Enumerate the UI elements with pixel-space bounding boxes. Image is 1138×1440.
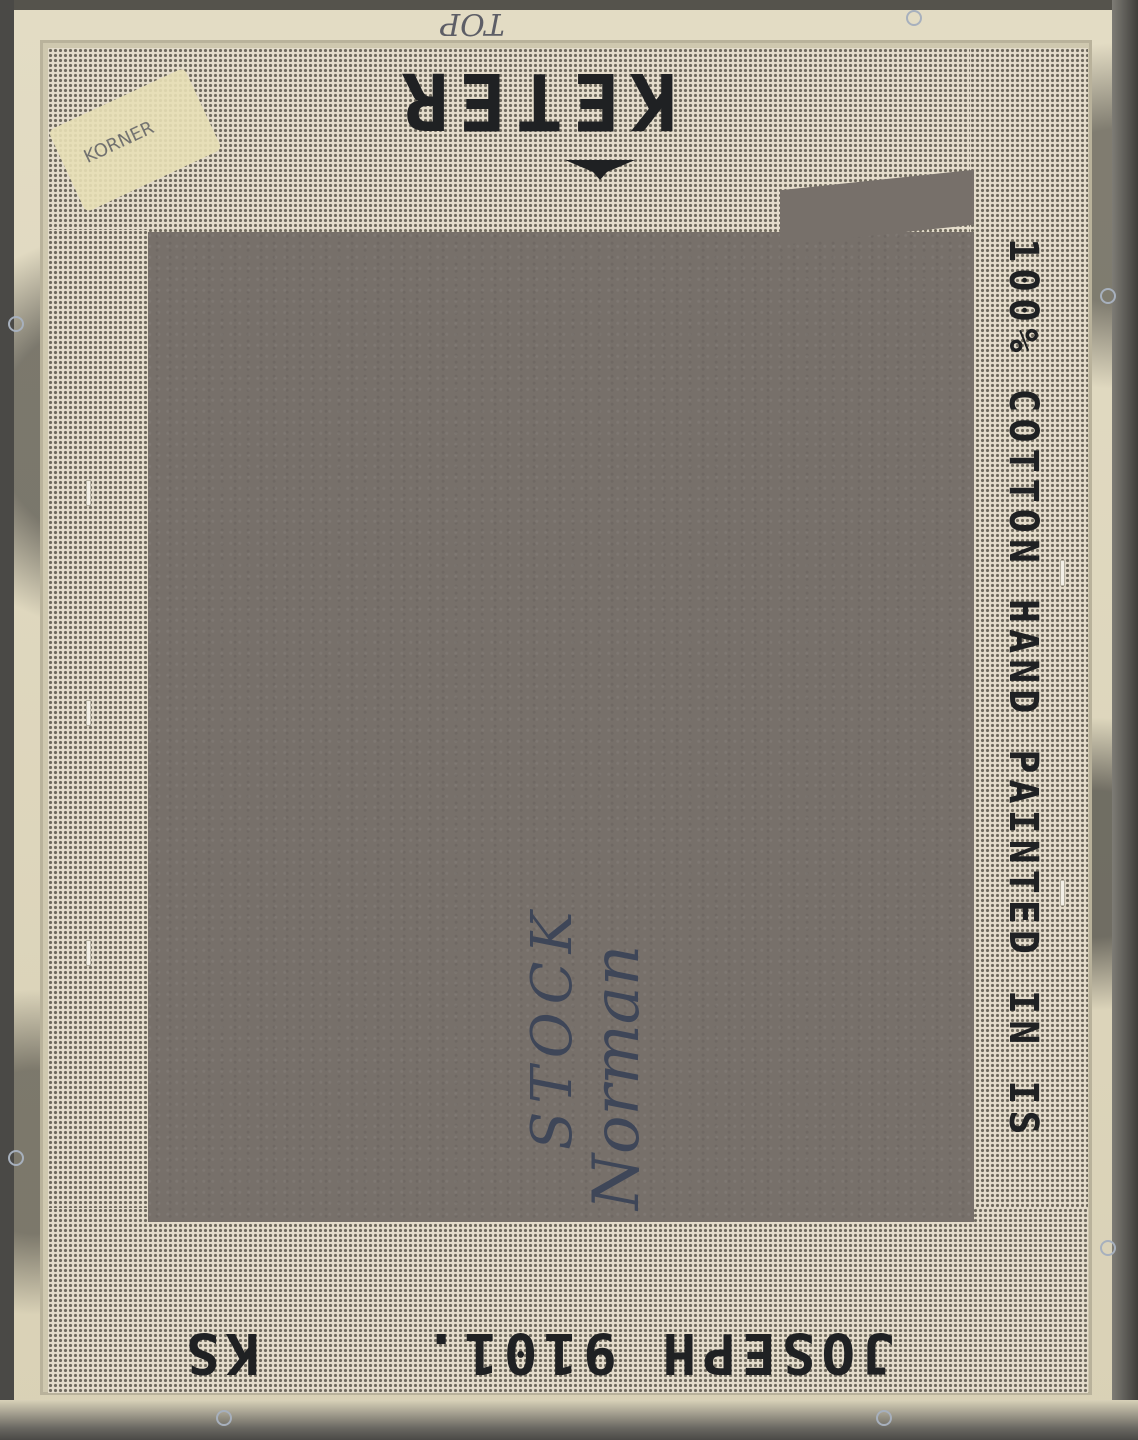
selvage-brand-text: KETER xyxy=(392,55,677,145)
screw-eye-icon xyxy=(1100,288,1116,304)
selvage-design-text: JOSEPH 9101. KS xyxy=(180,1320,895,1385)
frame-bottom-edge xyxy=(0,1400,1138,1440)
staple-icon xyxy=(86,940,91,966)
signature-last-name: STOCK xyxy=(520,904,585,1150)
screw-eye-icon xyxy=(1100,1240,1116,1256)
top-handwritten-note: TOP xyxy=(440,6,505,41)
screw-eye-icon xyxy=(906,10,922,26)
paper-label-text: KORNER xyxy=(81,117,158,168)
screw-eye-icon xyxy=(876,1410,892,1426)
signature-first-name: Norman xyxy=(580,945,654,1210)
screw-eye-icon xyxy=(216,1410,232,1426)
staple-icon xyxy=(86,480,91,506)
selvage-material-text: 100% COTTON HAND PAINTED IN IS xyxy=(1000,238,1046,1140)
screw-eye-icon xyxy=(8,316,24,332)
frame-left-edge xyxy=(0,0,14,1440)
handwritten-signature: Norman STOCK xyxy=(360,900,800,1100)
staple-icon xyxy=(1060,880,1065,906)
screw-eye-icon xyxy=(8,1150,24,1166)
frame-top-edge xyxy=(0,0,1138,10)
staple-icon xyxy=(86,700,91,726)
staple-icon xyxy=(1060,560,1065,586)
frame-right-edge xyxy=(1112,0,1138,1440)
